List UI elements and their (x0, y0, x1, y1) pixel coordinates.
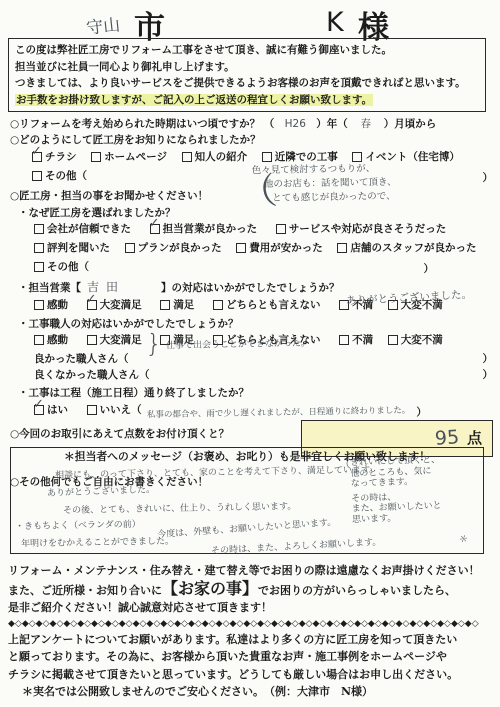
checkbox-icon (213, 300, 223, 310)
intro-line-highlighted: お手数をお掛け致しますが、ご記入の上ご返送の程宜しくお願い致します。 (15, 92, 479, 109)
option-staff: 店舗のスタッフが良かった (337, 241, 476, 256)
paren-close: ） (424, 262, 435, 277)
survey-scan-page: 守山 市 K 様 この度は弊社匠工房でリフォーム工事をさせて頂き、誠に有難う御座… (0, 0, 500, 707)
footer-paragraph-line: 上記アンケートについてお願いがあります。私達はより多くの方に匠工房を知って頂きた… (8, 631, 494, 649)
paren-close: ） (483, 352, 494, 367)
schedule-answer-row: はい いいえ（ 私事の都合や、雨で少し遅くれましたが、日程通りに終わりました。 … (34, 403, 493, 422)
handwritten-side-note: きれいにして頂くと、 他のところも、気に なってきます。 その時は、 また、お願… (350, 454, 482, 525)
handwritten-worker-note: } 仕事で出会うことができなかった。 (146, 329, 310, 358)
option-sales-good: 担当営業が良かった (150, 222, 258, 237)
option-trust: 会社が信頼できた (34, 222, 131, 237)
checkbox-icon (276, 224, 286, 234)
anonymity-note: ＊実名では公開致しませんのでご安心ください。 （例：大津市 N様） (22, 683, 494, 701)
checkbox-icon (32, 152, 42, 162)
diamond-divider: ◆◇◆◇◆◇◆◇◆◇◆◇◆◇◆◇◆◇◆◇◆◇◆◇◆◇◆◇◆◇◆◇◆◇◆◇◆◇◆◇… (8, 617, 494, 631)
option-other: その他（ (34, 260, 89, 275)
paren-close: ） (416, 406, 427, 418)
score-unit: 点 (467, 431, 482, 446)
checkbox-icon (87, 335, 97, 345)
paren-close: ） (483, 171, 494, 186)
checkbox-icon (388, 335, 398, 345)
question-source: ○どのようにして匠工房をお知りになられましたか？ (10, 133, 493, 148)
option-plan: プランが良かった (125, 241, 222, 256)
option-service-good: サービスや対応が良さそうだった (276, 222, 447, 237)
checkbox-icon (91, 152, 101, 162)
intro-box: この度は弊社匠工房でリフォーム工事をさせて頂き、誠に有難う御座いました。 担当並… (8, 38, 486, 112)
checkbox-icon (337, 243, 347, 253)
option-yes: はい (34, 403, 68, 418)
footer: リフォーム・メンテナンス・住み替え・建て替え等でお困りの際は遠慮なくお声掛けくだ… (8, 562, 494, 701)
checkbox-icon (34, 405, 44, 415)
paren-close: ） (483, 368, 494, 383)
checkbox-icon (125, 243, 135, 253)
why-options-row1: 会社が信頼できた 担当営業が良かった サービスや対応が良さそうだった (34, 222, 493, 240)
rating-very-satisfied: 大変満足 (87, 298, 142, 313)
why-other-row: その他（ ） (34, 260, 434, 278)
checkbox-icon (34, 335, 44, 345)
flower-doodle-icon: ＊ (457, 531, 470, 546)
handwritten-message-line: ありがとうございました。 (47, 482, 155, 499)
rating-neutral: どちらとも言えない (213, 298, 321, 313)
question-period: ○リフォームを考え始められた時期はいつ頃ですか？ （H26）年（春）月頃から (10, 117, 493, 132)
checkbox-icon (182, 152, 192, 162)
rating-very-unsatisfied: 大変不満 (388, 333, 443, 348)
handwritten-score: 95 (434, 430, 459, 447)
footer-paragraph-line: と願っております。その為に、お客様から頂いた貴重なお声・施工事例をホームページや (8, 648, 494, 666)
checkbox-icon (32, 171, 42, 181)
option-other: その他（ (32, 169, 87, 184)
message-box: ＊担当者へのメッセージ（お褒め、お叱り）も是非宜しくお願い致します！ 相談にも、… (10, 447, 484, 554)
checkbox-icon (34, 243, 44, 253)
intro-line: この度は弊社匠工房でリフォーム工事をさせて頂き、誠に有難う御座いました。 (15, 42, 479, 59)
brace-mark: } (145, 329, 162, 359)
handwritten-year: H26 (274, 117, 316, 132)
checkbox-icon (262, 152, 272, 162)
rating-satisfied: 満足 (160, 298, 194, 313)
intro-line: つきましては、より良いサービスをご提供できるようお客様のお声を頂戴できればと思い… (15, 75, 479, 92)
rating-kando: 感動 (34, 298, 68, 313)
option-referral: 知人の紹介 (182, 150, 248, 165)
checkbox-icon (87, 405, 97, 415)
checkbox-icon (34, 300, 44, 310)
checkbox-icon (236, 243, 246, 253)
checkbox-icon (34, 262, 44, 272)
handwritten-message-line: ・きもちよく（ベランダの前） (15, 517, 141, 532)
footer-line: リフォーム・メンテナンス・住み替え・建て替え等でお困りの際は遠慮なくお声掛けくだ… (8, 562, 494, 580)
ouchi-no-koto-emphasis: 【お家の事】 (162, 579, 258, 598)
handwritten-month: 春 (348, 117, 384, 132)
checkbox-icon (339, 335, 349, 345)
checkbox-icon (150, 224, 160, 234)
option-chirashi: チラシ (32, 150, 77, 165)
handwritten-choice-note: 色々見て検討するつもりが、 他のお店も：話を聞いて頂き、 とても感じが良かったの… (252, 162, 397, 207)
handwritten-message-line: 年明けをむかえることができました。 (21, 534, 174, 550)
rating-kando: 感動 (34, 333, 68, 348)
schedule-question: ・工事は工程（施工日程）通り終了しましたか？ (18, 386, 493, 401)
bad-worker-row: 良くなかった職人さん（ ） (34, 368, 493, 383)
handwritten-message-line: その後、とても、きれいに、仕上り、うれしく思います。 (63, 499, 296, 516)
handwritten-message-line: 相談にも、のって下さり、とても、家のことを考えて下さり、満足しています。 (55, 462, 378, 481)
option-cost: 費用が安かった (236, 241, 323, 256)
referral-line: また、ご近所様・お知り合いに【お家の事】でお困りの方がいらっしゃいましたら、 (8, 580, 494, 600)
handwritten-city: 守山 (85, 10, 121, 38)
option-no: いいえ（ (87, 403, 142, 418)
rating-very-satisfied: 大変満足 (87, 333, 142, 348)
rating-unsatisfied: 不満 (339, 333, 373, 348)
handwritten-message-line: 今度は、外壁も、お願いしたいと思います。 (157, 515, 337, 540)
footer-line: 是非ご紹介ください！誠心誠意対応させて頂きます！ (8, 599, 494, 617)
option-homepage: ホームページ (91, 150, 167, 165)
checkbox-icon (160, 300, 170, 310)
option-reputation: 評判を聞いた (34, 241, 110, 256)
checkbox-icon (352, 152, 362, 162)
intro-line: 担当並びに社員一同心より御礼申し上げます。 (15, 59, 479, 76)
customer-initial: K (326, 7, 344, 38)
footer-paragraph-line: チラシに掲載させて頂きたいと思っています。どうしても厳しい場合はお申し出ください… (8, 666, 494, 684)
why-options-row2: 評判を聞いた プランが良かった 費用が安かった 店舗のスタッフが良かった (34, 241, 493, 259)
checkbox-icon (87, 300, 97, 310)
handwritten-message-line: その時は、また、よろしくお願いします。 (211, 535, 382, 557)
checkbox-icon (34, 224, 44, 234)
